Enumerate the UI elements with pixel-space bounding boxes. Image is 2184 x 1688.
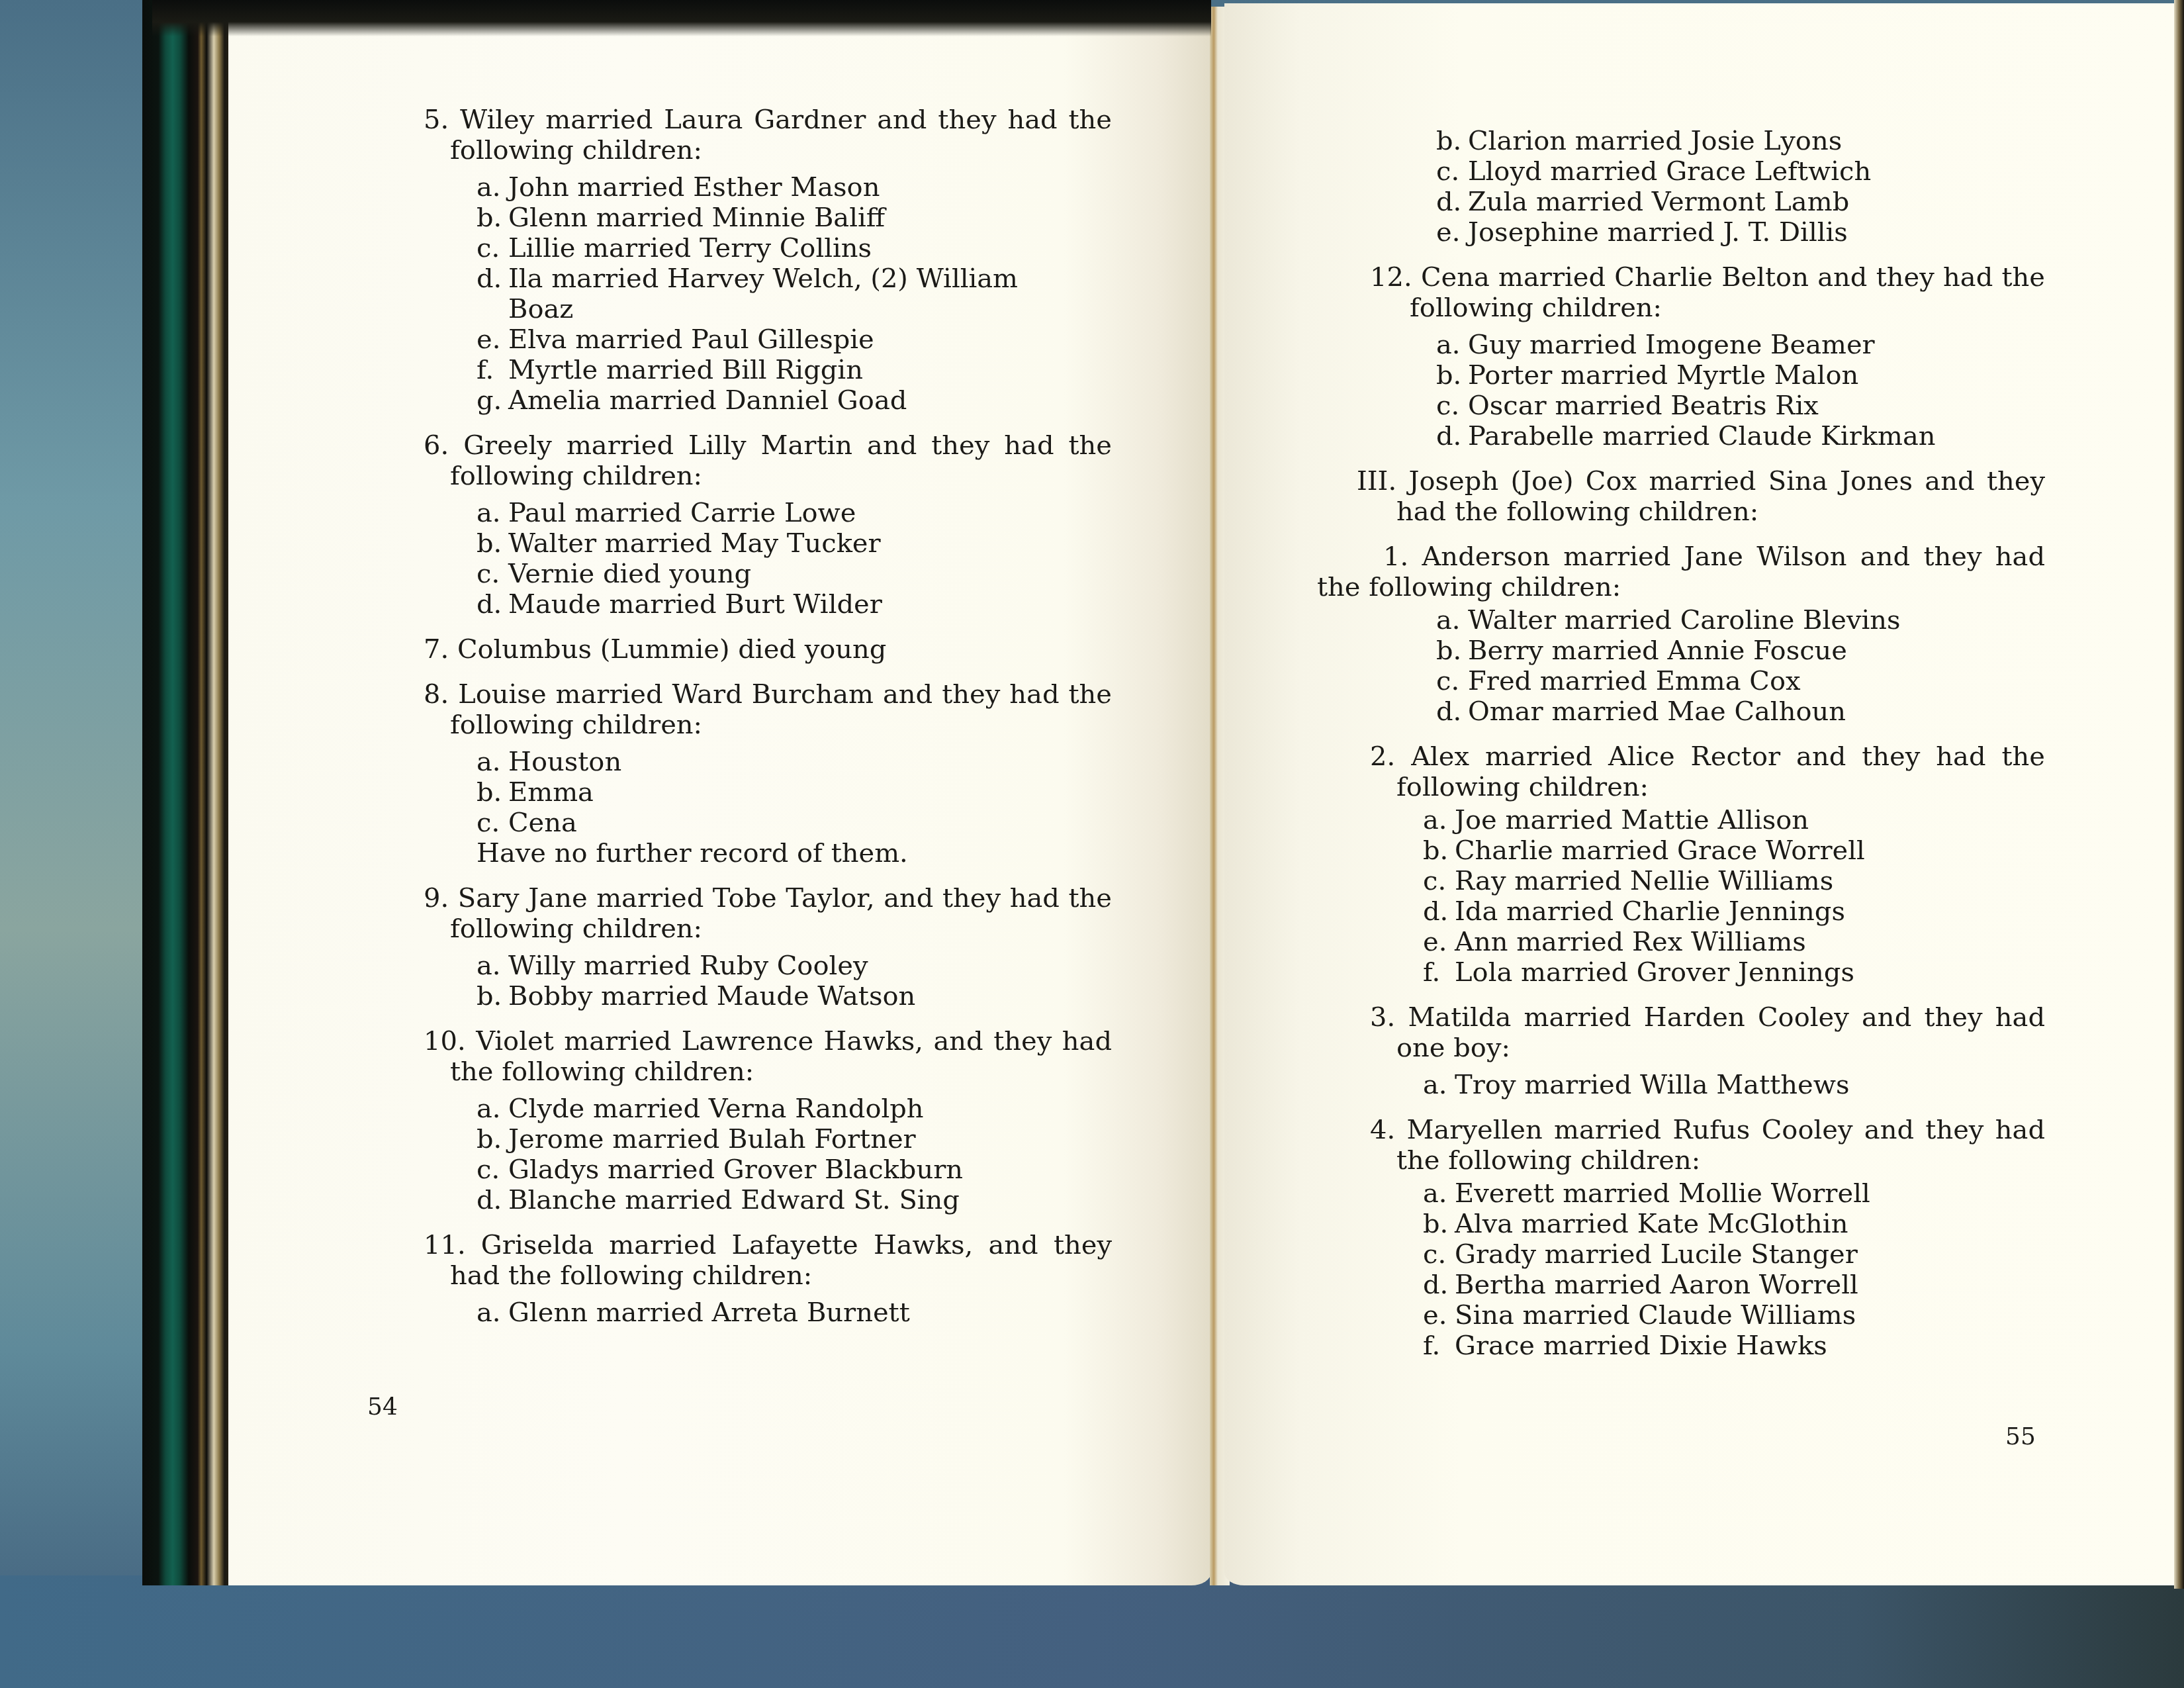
list-item: d.Zula married Vermont Lamb bbox=[1410, 187, 2045, 217]
list-item: d.Ila married Harvey Welch, (2) William … bbox=[450, 263, 1024, 324]
entry-text: Sary Jane married Tobe Taylor, and they … bbox=[450, 883, 1112, 944]
entry-number: 1. bbox=[1383, 541, 1408, 572]
list-item: a.Joe married Mattie Allison bbox=[1396, 805, 2045, 835]
child-list: a.Walter married Caroline Blevins b.Berr… bbox=[1317, 605, 2045, 727]
list-item: f.Grace married Dixie Hawks bbox=[1396, 1331, 2045, 1361]
entry-text: Alex married Alice Rector and they had t… bbox=[1396, 741, 2045, 802]
child-list: a.Joe married Mattie Allison b.Charlie m… bbox=[1370, 805, 2045, 988]
page-number-right: 55 bbox=[2005, 1423, 2036, 1450]
entry-5: 5. Wiley married Laura Gardner and they … bbox=[424, 105, 1112, 416]
list-item: b.Jerome married Bulah Fortner bbox=[450, 1124, 1112, 1154]
list-item: c.Lillie married Terry Collins bbox=[450, 233, 1112, 263]
entry-text: Columbus (Lummie) died young bbox=[457, 634, 887, 665]
entry-iii-4: 4. Maryellen married Rufus Cooley and th… bbox=[1370, 1115, 2045, 1361]
entry-iii-2: 2. Alex married Alice Rector and they ha… bbox=[1370, 741, 2045, 988]
list-item: b.Walter married May Tucker bbox=[450, 528, 1112, 559]
list-item: c.Lloyd married Grace Leftwich bbox=[1410, 156, 2045, 187]
right-page-text: b.Clarion married Josie Lyons c.Lloyd ma… bbox=[1317, 126, 2045, 1376]
list-item: a.Glenn married Arreta Burnett bbox=[450, 1297, 1112, 1328]
list-item: b.Bobby married Maude Watson bbox=[450, 981, 1112, 1011]
section-iii-heading: III. Joseph (Joe) Cox married Sina Jones… bbox=[1317, 466, 2045, 527]
entry-number: 11. bbox=[424, 1230, 466, 1260]
child-list: a.Glenn married Arreta Burnett bbox=[424, 1297, 1112, 1328]
entry-number: 10. bbox=[424, 1026, 466, 1056]
top-shadow bbox=[152, 0, 1211, 36]
list-item: d.Bertha married Aaron Worrell bbox=[1396, 1270, 2045, 1300]
entry-number: 9. bbox=[424, 883, 449, 914]
child-list: a.John married Esther Mason b.Glenn marr… bbox=[424, 172, 1112, 416]
entry-9: 9. Sary Jane married Tobe Taylor, and th… bbox=[424, 883, 1112, 1011]
list-item: b.Alva married Kate McGlothin bbox=[1396, 1209, 2045, 1239]
child-list: a.Troy married Willa Matthews bbox=[1370, 1070, 2045, 1100]
child-list: a.Willy married Ruby Cooley b.Bobby marr… bbox=[424, 951, 1112, 1011]
entry-text: Violet married Lawrence Hawks, and they … bbox=[450, 1026, 1112, 1087]
list-item: f.Myrtle married Bill Riggin bbox=[450, 355, 1112, 385]
list-item: d.Ida married Charlie Jennings bbox=[1396, 896, 2045, 927]
entry-text: Cena married Charlie Belton and they had… bbox=[1410, 262, 2045, 323]
entry-12: 12. Cena married Charlie Belton and they… bbox=[1370, 262, 2045, 451]
entry-text: Wiley married Laura Gardner and they had… bbox=[450, 105, 1112, 165]
list-item: c.Gladys married Grover Blackburn bbox=[450, 1154, 1112, 1185]
entry-iii-3: 3. Matilda married Harden Cooley and the… bbox=[1370, 1002, 2045, 1100]
list-item: d.Omar married Mae Calhoun bbox=[1410, 696, 2045, 727]
child-list: a.Houston b.Emma c.Cena bbox=[424, 747, 1112, 838]
entry-6: 6. Greely married Lilly Martin and they … bbox=[424, 430, 1112, 620]
entry-number: 8. bbox=[424, 679, 449, 710]
list-item: a.Paul married Carrie Lowe bbox=[450, 498, 1112, 528]
entry-text: Matilda married Harden Cooley and they h… bbox=[1396, 1002, 2045, 1063]
list-item: a.Houston bbox=[450, 747, 1112, 777]
list-item: d.Blanche married Edward St. Sing bbox=[450, 1185, 1112, 1215]
child-list: a.Everett married Mollie Worrell b.Alva … bbox=[1370, 1178, 2045, 1361]
entry-11: 11. Griselda married Lafayette Hawks, an… bbox=[424, 1230, 1112, 1328]
list-item: c.Cena bbox=[450, 808, 1112, 838]
left-page-text: 5. Wiley married Laura Gardner and they … bbox=[424, 105, 1112, 1342]
list-item: c.Ray married Nellie Williams bbox=[1396, 866, 2045, 896]
entry-number: 5. bbox=[424, 105, 449, 135]
list-item: e.Josephine married J. T. Dillis bbox=[1410, 217, 2045, 248]
list-item: a.Clyde married Verna Randolph bbox=[450, 1094, 1112, 1124]
entry-7: 7. Columbus (Lummie) died young bbox=[424, 634, 1112, 665]
list-item: d.Maude married Burt Wilder bbox=[450, 589, 1112, 620]
list-item: a.Guy married Imogene Beamer bbox=[1410, 330, 2045, 360]
list-item: a.Walter married Caroline Blevins bbox=[1410, 605, 2045, 635]
right-page-edge bbox=[2174, 0, 2184, 1589]
entry-number: 2. bbox=[1370, 741, 1395, 772]
continued-child-list: b.Clarion married Josie Lyons c.Lloyd ma… bbox=[1317, 126, 2045, 248]
list-item: b.Porter married Myrtle Malon bbox=[1410, 360, 2045, 391]
entry-10: 10. Violet married Lawrence Hawks, and t… bbox=[424, 1026, 1112, 1215]
entry-number: 3. bbox=[1370, 1002, 1395, 1033]
list-item: d.Parabelle married Claude Kirkman bbox=[1410, 421, 2045, 451]
page-number-left: 54 bbox=[367, 1393, 398, 1421]
entry-number: 7. bbox=[424, 634, 449, 665]
list-item: a.Everett married Mollie Worrell bbox=[1396, 1178, 2045, 1209]
list-item: g.Amelia married Danniel Goad bbox=[450, 385, 1112, 416]
entry-number: 12. bbox=[1370, 262, 1412, 293]
list-item: a.John married Esther Mason bbox=[450, 172, 1112, 203]
list-item: b.Berry married Annie Foscue bbox=[1410, 635, 2045, 666]
list-item: b.Emma bbox=[450, 777, 1112, 808]
entry-8: 8. Louise married Ward Burcham and they … bbox=[424, 679, 1112, 868]
list-item: e.Ann married Rex Williams bbox=[1396, 927, 2045, 957]
entry-text: Anderson married Jane Wilson and they ha… bbox=[1317, 541, 2045, 602]
entry-iii-1: 1. Anderson married Jane Wilson and they… bbox=[1317, 541, 2045, 727]
entry-text: Greely married Lilly Martin and they had… bbox=[450, 430, 1112, 491]
list-item: f.Lola married Grover Jennings bbox=[1396, 957, 2045, 988]
background-surface bbox=[0, 1575, 2184, 1688]
entry-text: Griselda married Lafayette Hawks, and th… bbox=[450, 1230, 1112, 1291]
section-number: III. bbox=[1357, 466, 1396, 496]
child-list: a.Guy married Imogene Beamer b.Porter ma… bbox=[1370, 330, 2045, 451]
list-item: e.Elva married Paul Gillespie bbox=[450, 324, 1112, 355]
note-text: Have no further record of them. bbox=[477, 838, 1112, 868]
child-list: a.Paul married Carrie Lowe b.Walter marr… bbox=[424, 498, 1112, 620]
list-item: c.Vernie died young bbox=[450, 559, 1112, 589]
list-item: c.Oscar married Beatris Rix bbox=[1410, 391, 2045, 421]
list-item: b.Charlie married Grace Worrell bbox=[1396, 835, 2045, 866]
section-text: Joseph (Joe) Cox married Sina Jones and … bbox=[1396, 466, 2045, 527]
child-list: a.Clyde married Verna Randolph b.Jerome … bbox=[424, 1094, 1112, 1215]
entry-number: 6. bbox=[424, 430, 449, 461]
list-item: a.Troy married Willa Matthews bbox=[1396, 1070, 2045, 1100]
list-item: c.Fred married Emma Cox bbox=[1410, 666, 2045, 696]
book-spine bbox=[142, 0, 232, 1585]
entry-number: 4. bbox=[1370, 1115, 1395, 1145]
list-item: b.Glenn married Minnie Baliff bbox=[450, 203, 1112, 233]
entry-text: Maryellen married Rufus Cooley and they … bbox=[1396, 1115, 2045, 1176]
entry-text: Louise married Ward Burcham and they had… bbox=[450, 679, 1112, 740]
list-item: a.Willy married Ruby Cooley bbox=[450, 951, 1112, 981]
list-item: c.Grady married Lucile Stanger bbox=[1396, 1239, 2045, 1270]
list-item: e.Sina married Claude Williams bbox=[1396, 1300, 2045, 1331]
list-item: b.Clarion married Josie Lyons bbox=[1410, 126, 2045, 156]
